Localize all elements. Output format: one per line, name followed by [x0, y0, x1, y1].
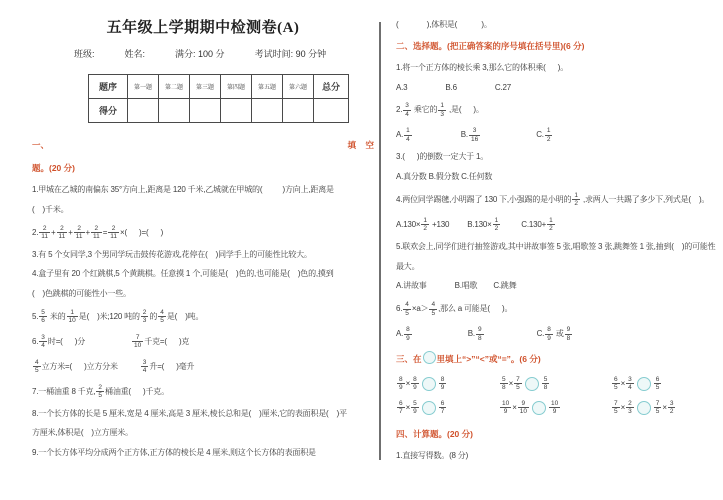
section-3-heading: 三、在里填上“>”“<”或“=”。(6 分)	[396, 351, 718, 365]
left-column: 五年级上学期期中检测卷(A) 班级: 姓名: 满分: 100 分 考试时间: 9…	[32, 14, 374, 468]
fraction: 45	[158, 309, 166, 325]
fraction: 710	[132, 334, 143, 350]
comparison-circle	[422, 401, 436, 415]
fraction: 98	[565, 326, 573, 342]
fraction: 32	[668, 400, 676, 416]
fraction: 12	[545, 127, 553, 143]
question-line: 6.34时=( )分710千克=( )克	[32, 334, 374, 350]
exam-time-label: 考试时间: 90 分钟	[255, 47, 327, 60]
comparison-item: 75×2375×32	[611, 400, 718, 416]
fraction: 211	[91, 225, 102, 241]
score-table: 题序第一题第二题第三题第四题第五题第六题总分得分	[88, 74, 349, 123]
comparison-item: 109×910109	[499, 400, 611, 416]
score-table-cell	[128, 99, 159, 123]
comparison-circle	[637, 401, 651, 415]
question-line: 1.将一个正方体的棱长乘 3,那么它的体积乘( )。	[396, 63, 718, 74]
fraction: 65	[612, 376, 620, 392]
fraction: 75	[514, 376, 522, 392]
question-line: ( )色跳棋的可能性小一些。	[32, 289, 374, 300]
score-table-cell: 第五题	[252, 75, 283, 99]
section-2-questions: 1.将一个正方体的棱长乘 3,那么它的体积乘( )。A.3B.6C.272.34…	[396, 63, 718, 342]
comparison-item: 67×5967	[396, 400, 499, 416]
comparison-item: 58×7558	[499, 376, 611, 392]
section-1-heading-line2: 题。(20 分)	[32, 162, 374, 174]
fraction: 910	[518, 400, 529, 416]
question-line: 6.45×a＞45,那么 a 可能是( )。	[396, 301, 718, 317]
question-line: A.真分数 B.假分数 C.任何数	[396, 172, 718, 183]
score-table-row: 题序第一题第二题第三题第四题第五题第六题总分	[89, 75, 349, 99]
fraction: 13	[438, 102, 446, 118]
fraction: 34	[39, 334, 47, 350]
fraction: 98	[476, 326, 484, 342]
fraction: 34	[141, 359, 149, 375]
comparison-grid: 89×898958×755865×346567×5967109×91010975…	[396, 376, 718, 416]
fraction: 67	[397, 400, 405, 416]
fraction: 34	[403, 102, 411, 118]
section-1-questions: 1.甲城在乙城的南偏东 35°方向上,距离是 120 千米,乙城就在甲城的( )…	[32, 185, 374, 459]
score-table-cell: 第二题	[159, 75, 190, 99]
question-line: 5.56 米的110是( )米;120 吨的23的45是( )吨。	[32, 309, 374, 325]
score-table-cell: 题序	[89, 75, 128, 99]
section-1-number: 一、	[32, 139, 49, 151]
fraction: 23	[626, 400, 634, 416]
score-table-cell	[314, 99, 349, 123]
question-line: 3.有 5 个女同学,3 个男同学玩击鼓传花游戏,花停在( )同学手上的可能性比…	[32, 250, 374, 261]
comparison-circle	[637, 377, 651, 391]
fraction: 211	[39, 225, 50, 241]
score-table-cell	[252, 99, 283, 123]
question-line: 2.34 乘它的13 ,是( )。	[396, 102, 718, 118]
score-table-row: 得分	[89, 99, 349, 123]
score-table-cell: 总分	[314, 75, 349, 99]
section-2-heading: 二、选择题。(把正确答案的序号填在括号里)(6 分)	[396, 40, 718, 52]
fraction: 89	[439, 376, 447, 392]
fraction: 110	[67, 309, 78, 325]
section-4-heading: 四、计算题。(20 分)	[396, 428, 718, 440]
score-table-cell	[159, 99, 190, 123]
fraction: 34	[626, 376, 634, 392]
question-line: A.讲故事B.唱歌C.跳舞	[396, 281, 718, 292]
question-line: A.3B.6C.27	[396, 83, 718, 94]
fraction: 75	[654, 400, 662, 416]
score-table-cell: 得分	[89, 99, 128, 123]
fraction: 45	[403, 301, 411, 317]
fraction: 211	[57, 225, 68, 241]
question-line: 9.一个长方体平均分成两个正方体,正方体的棱长是 4 厘米,则这个长方体的表面积…	[32, 448, 374, 459]
question-line: 5.联欢会上,同学们进行抽签游戏,其中讲故事签 5 张,唱歌签 3 张,跳舞签 …	[396, 242, 718, 253]
fraction: 316	[469, 127, 480, 143]
fraction: 23	[141, 309, 149, 325]
fraction: 67	[439, 400, 447, 416]
fraction: 65	[654, 376, 662, 392]
fraction: 59	[411, 400, 419, 416]
section-4-subtask: 1.直接写得数。(8 分)	[396, 451, 718, 462]
fraction: 211	[74, 225, 85, 241]
question-line: 4.两位同学踢毽,小明踢了 130 下,小强踢的是小明的12 ,求两人一共踢了多…	[396, 192, 718, 208]
fraction: 89	[404, 326, 412, 342]
section-1-title-part: 填 空	[348, 139, 374, 151]
fraction: 58	[500, 376, 508, 392]
score-table-cell: 第一题	[128, 75, 159, 99]
page-title: 五年级上学期期中检测卷(A)	[32, 16, 374, 37]
fraction: 12	[572, 192, 580, 208]
score-table-cell: 第三题	[190, 75, 221, 99]
question-line: 1.甲城在乙城的南偏东 35°方向上,距离是 120 千米,乙城就在甲城的( )…	[32, 185, 374, 196]
fraction: 109	[549, 400, 560, 416]
fraction: 75	[612, 400, 620, 416]
fraction: 12	[421, 217, 429, 233]
question-line: 最大。	[396, 262, 718, 273]
comparison-item: 89×8989	[396, 376, 499, 392]
fraction: 12	[493, 217, 501, 233]
question-line: 8.一个长方体的长是 5 厘米,宽是 4 厘米,高是 3 厘米,棱长总和是( )…	[32, 409, 374, 420]
question-line: 3.( )的倒数一定大于 1。	[396, 152, 718, 163]
question-line: A.130×12 +130B.130×12C.130+12	[396, 217, 718, 233]
score-table-cell	[190, 99, 221, 123]
question-line: ( )千米。	[32, 205, 374, 216]
fraction: 89	[397, 376, 405, 392]
fraction: 45	[33, 359, 41, 375]
fraction: 89	[411, 376, 419, 392]
comparison-item: 65×3465	[611, 376, 718, 392]
question-line: 4.盒子里有 20 个红跳棋,5 个黄跳棋。任意摸 1 个,可能是( )色的,也…	[32, 269, 374, 280]
score-table-cell	[221, 99, 252, 123]
score-table-cell: 第四题	[221, 75, 252, 99]
question-line: A.14B.316C.12	[396, 127, 718, 143]
section-1-heading: 一、 填 空	[32, 139, 374, 151]
student-info-row: 班级: 姓名: 满分: 100 分 考试时间: 90 分钟	[74, 47, 374, 60]
fraction: 14	[404, 127, 412, 143]
fraction: 211	[108, 225, 119, 241]
comparison-circle	[422, 377, 436, 391]
column-divider	[379, 22, 381, 460]
fraction: 89	[545, 326, 553, 342]
comparison-circle	[532, 401, 546, 415]
exam-paper: 五年级上学期期中检测卷(A) 班级: 姓名: 满分: 100 分 考试时间: 9…	[0, 0, 723, 500]
full-score-label: 满分: 100 分	[175, 47, 225, 60]
comparison-circle	[423, 351, 436, 364]
comparison-circle	[525, 377, 539, 391]
fraction: 109	[500, 400, 511, 416]
question-line: A.89B.98C.89 或98	[396, 326, 718, 342]
question-line: 方厘米,体积是( )立方厘米。	[32, 428, 374, 439]
fraction: 45	[429, 301, 437, 317]
right-column: ( ),体积是( )。 二、选择题。(把正确答案的序号填在括号里)(6 分) 1…	[396, 20, 718, 471]
fraction: 25	[96, 384, 104, 400]
score-table-cell: 第六题	[283, 75, 314, 99]
question-line: 45立方米=( )立方分米34升=( )毫升	[32, 359, 374, 375]
fraction: 58	[542, 376, 550, 392]
fraction: 12	[547, 217, 555, 233]
name-label: 姓名:	[125, 47, 146, 60]
fraction: 56	[39, 309, 47, 325]
score-table-cell	[283, 99, 314, 123]
class-label: 班级:	[74, 47, 95, 60]
question-line: 7.一桶油重 8 千克,25桶油重( )千克。	[32, 384, 374, 400]
question-line: 2.211+211+211+211=211×( )=( )	[32, 225, 374, 241]
question-9-continuation: ( ),体积是( )。	[396, 20, 718, 31]
